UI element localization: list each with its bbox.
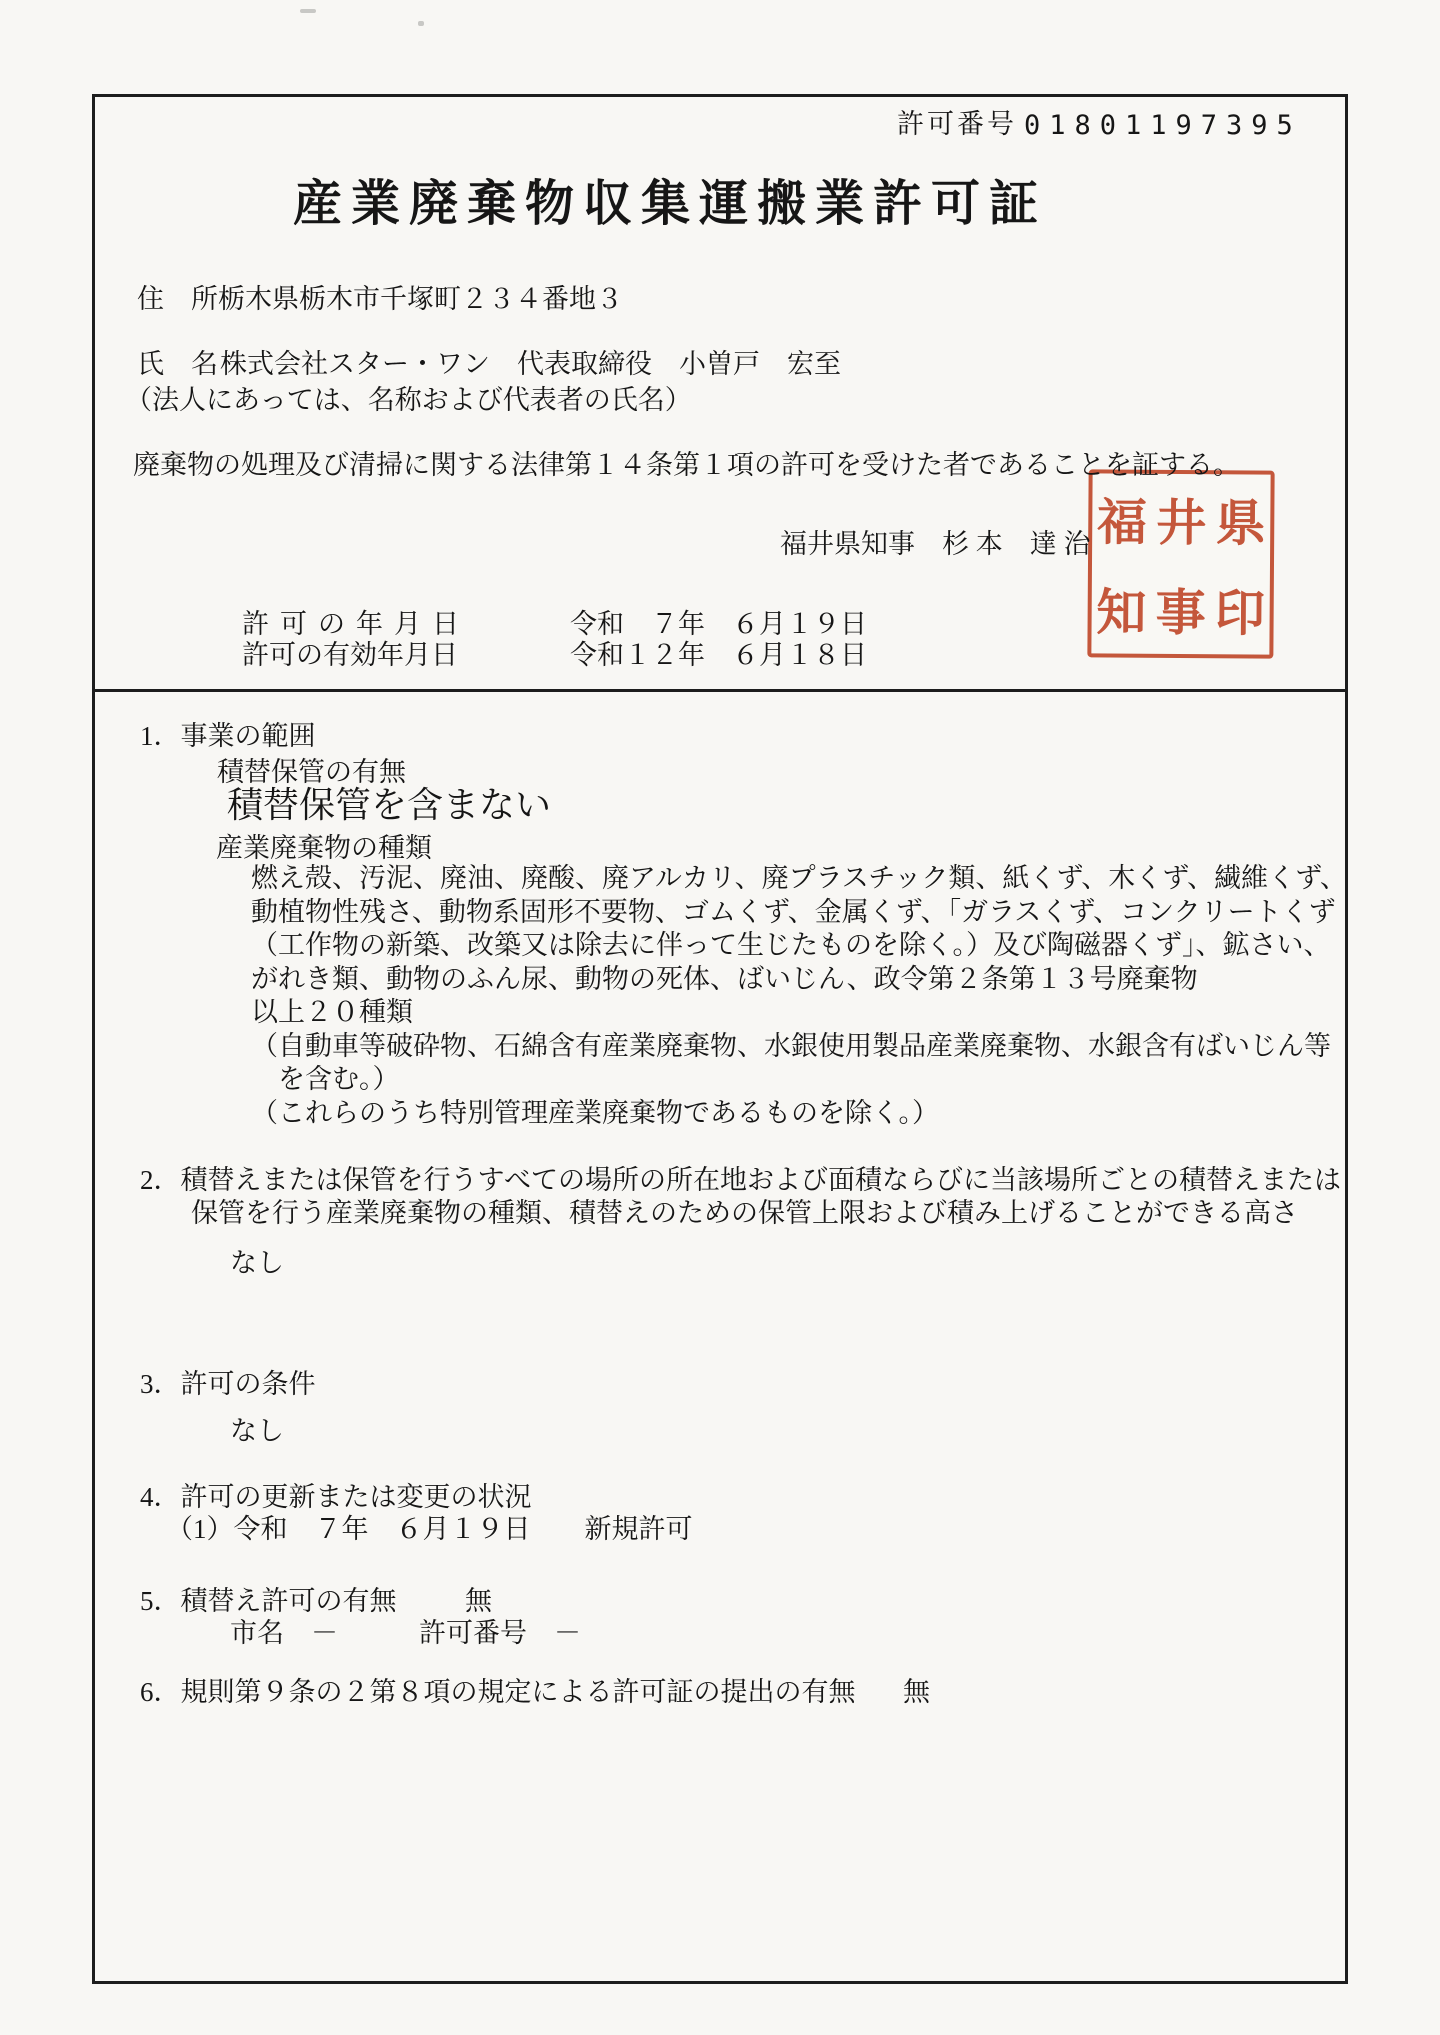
waste-types-label: 産業廃棄物の種類 [216,832,432,865]
waste-line: を含む。） [251,1063,1347,1097]
waste-line: 以上２０種類 [251,996,1347,1030]
waste-line: （工作物の新築、改築又は除去に伴って生じたものを除く。）及び陶磁器くず」、鉱さい… [251,929,1347,963]
waste-line: 動植物性残さ、動物系固形不要物、ゴムくず、金属くず、「ガラスくず、コンクリートく… [251,896,1347,930]
section1-heading: 1．事業の範囲 [140,720,316,753]
permit-number-label: 許可番号 [897,108,1017,141]
section6-value: 無 [903,1676,930,1709]
valid-date-value: 令和１２年 ６月１８日 [570,639,867,672]
section3-heading: 3．許可の条件 [140,1368,316,1401]
name-label: 氏 名 [137,348,218,381]
waste-line: （これらのうち特別管理産業廃棄物であるものを除く。） [251,1097,1347,1131]
seal-char: 知 [1091,563,1151,653]
address-label: 住 所 [137,283,218,316]
seal-char: 県 [1211,474,1271,564]
section5-heading: 5．積替え許可の有無 [140,1585,397,1618]
permit-date-value: 令和 ７年 ６月１９日 [570,608,867,641]
seal-char: 印 [1210,564,1270,654]
permit-number-value: 01801197395 [1024,110,1302,143]
waste-types-list: 燃え殻、汚泥、廃油、廃酸、廃アルカリ、廃プラスチック類、紙くず、木くず、繊維くず… [251,862,1347,1130]
waste-line: 燃え殻、汚泥、廃油、廃酸、廃アルカリ、廃プラスチック類、紙くず、木くず、繊維くず… [251,862,1347,896]
section2-heading-line2: 保管を行う産業廃棄物の種類、積替えのための保管上限および積み上げることができる高… [191,1197,1298,1230]
seal-char: 事 [1151,564,1211,654]
valid-date-label: 許可の有効年月日 [242,639,458,672]
governor-seal-stamp: 福 井 県 知 事 印 [1087,469,1274,658]
name-value: 株式会社スター・ワン 代表取締役 小曽戸 宏至 [220,348,841,381]
section4-heading: 4．許可の更新または変更の状況 [140,1481,532,1514]
section4-entry: （1）令和 ７年 ６月１９日 新規許可 [166,1513,693,1546]
name-note: （法人にあっては、名称および代表者の氏名） [125,384,692,417]
certification-text: 廃棄物の処理及び清掃に関する法律第１４条第１項の許可を受けた者であることを証する… [133,449,1240,482]
transfer-storage-value: 積替保管を含まない [227,784,551,828]
seal-char: 福 [1092,473,1152,563]
section6-heading: 6．規則第９条の２第８項の規定による許可証の提出の有無 [140,1676,856,1709]
scan-artifact [418,21,424,26]
section2-heading-line1: 2．積替えまたは保管を行うすべての場所の所在地および面積ならびに当該場所ごとの積… [140,1164,1341,1197]
section2-value: なし [230,1247,284,1280]
scan-artifact [300,9,316,13]
section5-detail: 市名 － 許可番号 － [230,1617,581,1650]
waste-line: （自動車等破砕物、石綿含有産業廃棄物、水銀使用製品産業廃棄物、水銀含有ばいじん等 [251,1030,1347,1064]
section5-value: 無 [465,1585,492,1618]
seal-char: 井 [1151,474,1211,564]
document-title: 産業廃棄物収集運搬業許可証 [293,174,1047,234]
section3-value: なし [230,1415,284,1448]
address-value: 栃木県栃木市千塚町２３４番地３ [218,283,623,316]
waste-line: がれき類、動物のふん尿、動物の死体、ばいじん、政令第２条第１３号廃棄物 [251,963,1347,997]
permit-date-label: 許可の年月日 [242,608,470,641]
permit-certificate-page: 許可番号 01801197395 産業廃棄物収集運搬業許可証 住 所 栃木県栃木… [0,0,1440,2035]
issuer-line: 福井県知事 杉 本 達 治 [780,528,1091,561]
